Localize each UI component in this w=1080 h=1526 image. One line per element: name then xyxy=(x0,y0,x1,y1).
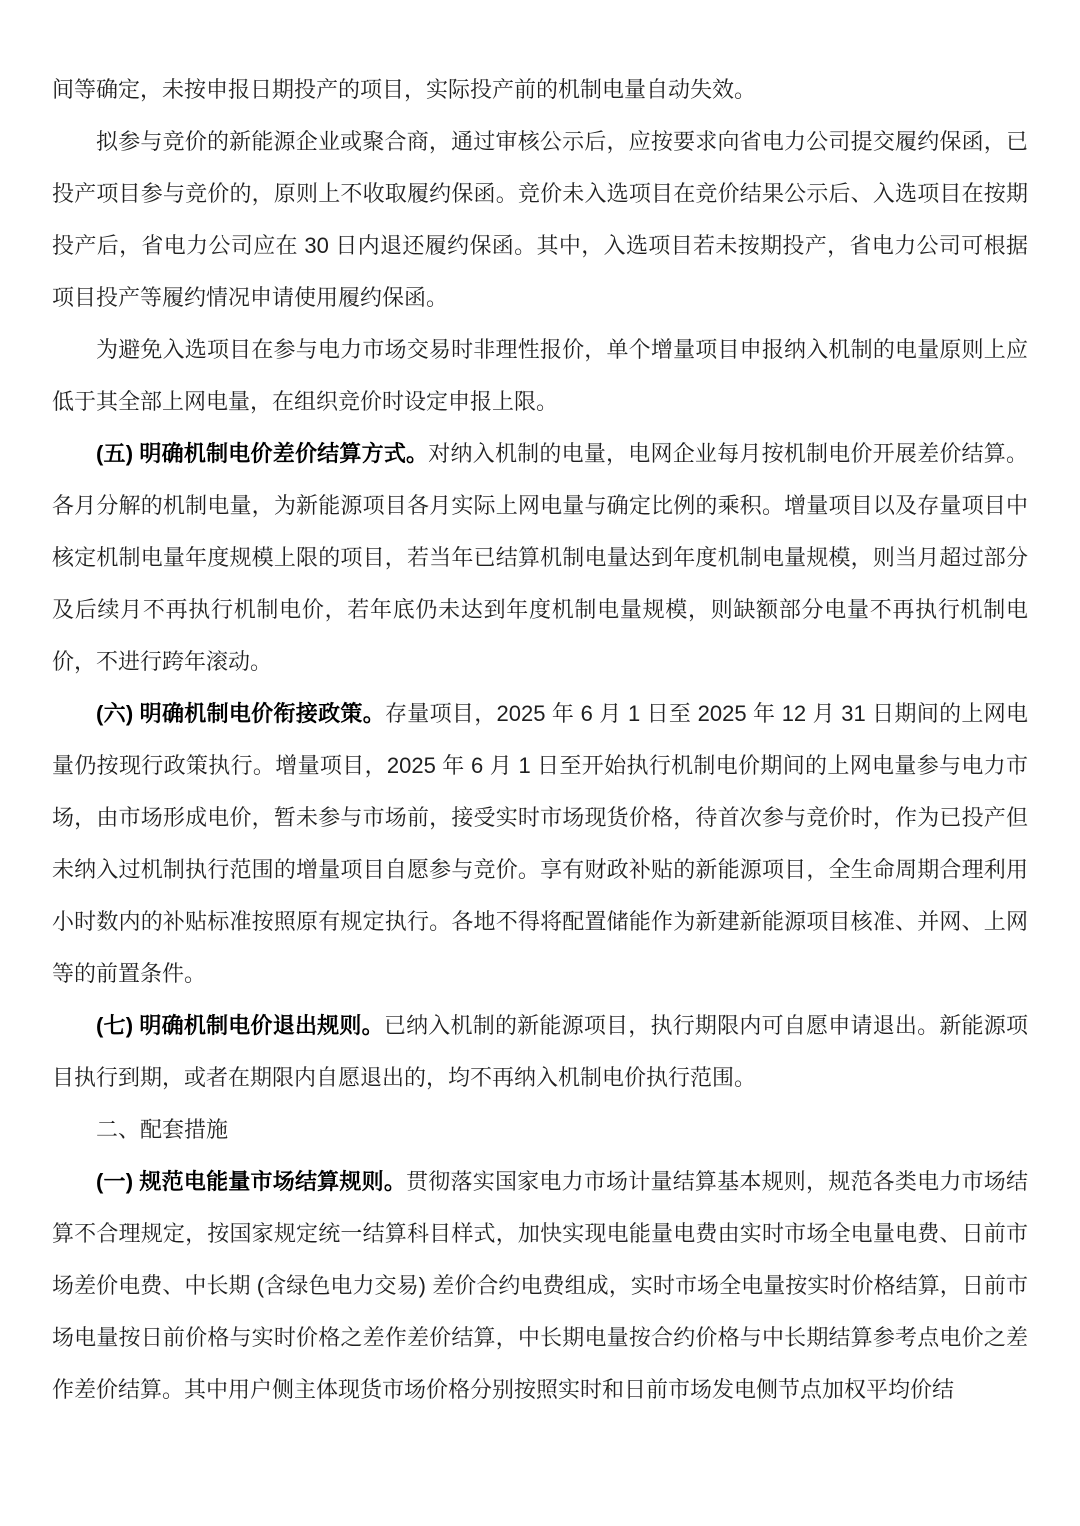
text-run: 为避免入选项目在参与电力市场交易时非理性报价，单个增量项目申报纳入机制的电量原则… xyxy=(52,337,1028,414)
text-run: 贯彻落实国家电力市场计量结算基本规则，规范各类电力市场结算不合理规定，按国家规定… xyxy=(52,1169,1028,1402)
paragraph: 拟参与竞价的新能源企业或聚合商，通过审核公示后，应按要求向省电力公司提交履约保函… xyxy=(52,116,1028,324)
text-run: 存量项目，2025 年 6 月 1 日至 2025 年 12 月 31 日期间的… xyxy=(52,701,1028,986)
paragraph: (一) 规范电能量市场结算规则。贯彻落实国家电力市场计量结算基本规则，规范各类电… xyxy=(52,1156,1028,1416)
paragraph: 二、配套措施 xyxy=(52,1104,1028,1156)
paragraph: 间等确定，未按申报日期投产的项目，实际投产前的机制电量自动失效。 xyxy=(52,64,1028,116)
section-heading-run: (七) 明确机制电价退出规则。 xyxy=(96,1013,384,1038)
text-run: 拟参与竞价的新能源企业或聚合商，通过审核公示后，应按要求向省电力公司提交履约保函… xyxy=(52,129,1028,310)
paragraph: (五) 明确机制电价差价结算方式。对纳入机制的电量，电网企业每月按机制电价开展差… xyxy=(52,428,1028,688)
document-page: 间等确定，未按申报日期投产的项目，实际投产前的机制电量自动失效。拟参与竞价的新能… xyxy=(0,0,1080,1526)
paragraph: (七) 明确机制电价退出规则。已纳入机制的新能源项目，执行期限内可自愿申请退出。… xyxy=(52,1000,1028,1104)
section-heading-run: (六) 明确机制电价衔接政策。 xyxy=(96,701,385,726)
paragraph: (六) 明确机制电价衔接政策。存量项目，2025 年 6 月 1 日至 2025… xyxy=(52,688,1028,1000)
section-heading-run: (一) 规范电能量市场结算规则。 xyxy=(96,1169,406,1194)
text-run: 间等确定，未按申报日期投产的项目，实际投产前的机制电量自动失效。 xyxy=(52,77,756,102)
section-heading-run: (五) 明确机制电价差价结算方式。 xyxy=(96,441,428,466)
text-run: 对纳入机制的电量，电网企业每月按机制电价开展差价结算。各月分解的机制电量，为新能… xyxy=(52,441,1028,674)
text-run: 二、配套措施 xyxy=(96,1117,228,1142)
paragraph: 为避免入选项目在参与电力市场交易时非理性报价，单个增量项目申报纳入机制的电量原则… xyxy=(52,324,1028,428)
